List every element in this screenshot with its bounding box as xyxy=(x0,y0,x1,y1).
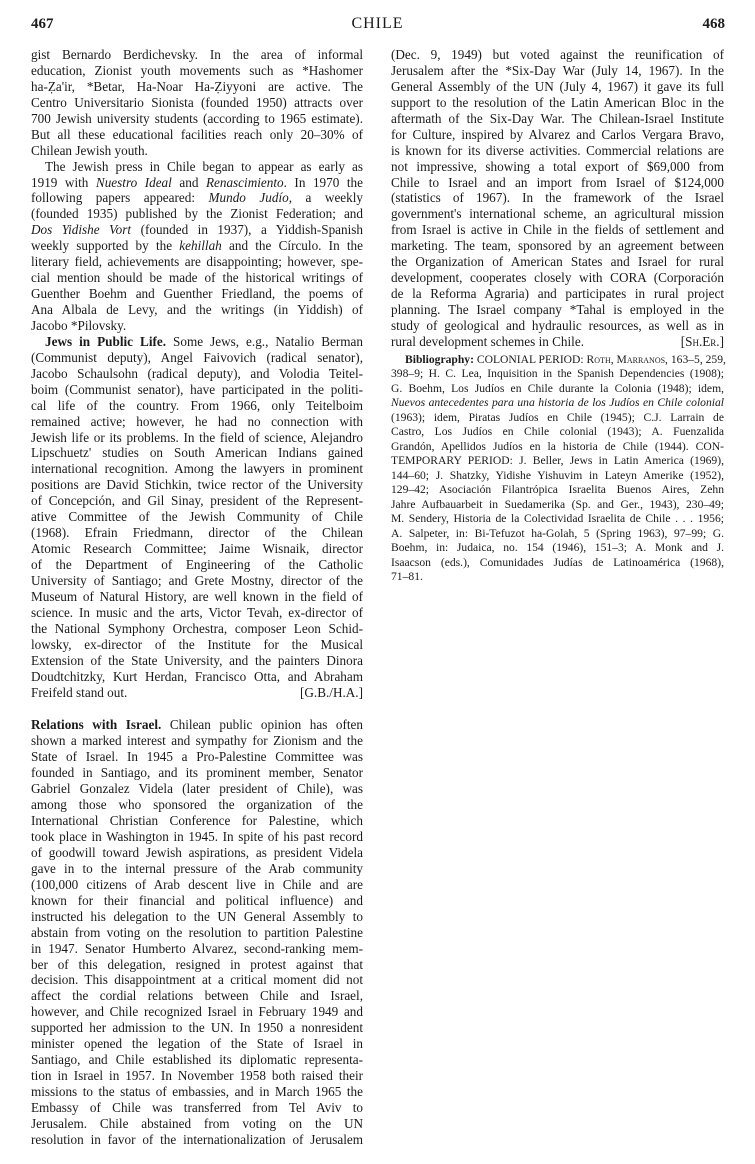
text-line: the National Symphony Orchestra, compose… xyxy=(31,621,363,637)
text-line: marketing. The team, sponsored by an agr… xyxy=(391,238,724,254)
author-signature: [Sh.Er.] xyxy=(681,334,724,350)
text-line: gave in to the internal pressure of the … xyxy=(31,861,363,877)
text-line: (100,000 citizens of Arab descent live i… xyxy=(31,877,363,893)
text-line: Centro Universitario Sionista (founded 1… xyxy=(31,95,363,111)
text-line: (Communist deputy), Angel Faivovich (rad… xyxy=(31,350,363,366)
text-line: University of Santiago; and Grete Mostny… xyxy=(31,573,363,589)
text-line: in 1947. Senator Humberto Alvarez, secon… xyxy=(31,941,363,957)
text-line: cial mention should be made of the histo… xyxy=(31,270,363,286)
text-line: Dos Yidishe Vort (founded in 1937), a Yi… xyxy=(31,222,363,238)
text-line-with-signature: rural development schemes in Chile. [Sh.… xyxy=(391,334,724,350)
text-line: international recognition. Among the law… xyxy=(31,461,363,477)
bib-line: M. Sendery, Historia de la Colectividad … xyxy=(391,512,724,527)
bib-line: Isaacson (eds.), Comunidades Judías de L… xyxy=(391,556,724,571)
text-line: science. In music and the arts, Victor T… xyxy=(31,605,363,621)
text-fragment: Freifeld stand out. xyxy=(31,685,127,701)
text-line: ative Committee of the Jewish Community … xyxy=(31,509,363,525)
text-line: gist Bernardo Berdichevsky. In the area … xyxy=(31,47,363,63)
text-line: Jewish life or its problems. In the fiel… xyxy=(31,430,363,446)
text-line: (1968). Efrain Friedmann, director of th… xyxy=(31,525,363,541)
page-number-right: 468 xyxy=(703,16,726,33)
text-line: Embassy of Chile was transferred from Te… xyxy=(31,1100,363,1116)
text-line-with-signature: Freifeld stand out. [G.B./H.A.] xyxy=(31,685,363,701)
text-line: development, cooperates closely with COR… xyxy=(391,270,724,286)
text-line: Museum of Natural History, are well know… xyxy=(31,589,363,605)
bib-line: 144–60; J. Shatzky, Yidishe Yishuvim in … xyxy=(391,469,724,484)
text-line: remained active; however, he had no conn… xyxy=(31,414,363,430)
bib-text: COLONIAL PERIOD: Roth, Marranos, 163–5, … xyxy=(477,353,726,366)
text-line: affect the cordial relations between Chi… xyxy=(31,988,363,1004)
text-line: minister opened the legation of the Stat… xyxy=(31,1036,363,1052)
text-line: 700 Jewish university students (accordin… xyxy=(31,111,363,127)
text-line: Jerusalem after the *Six-Day War (July 1… xyxy=(391,63,724,79)
text-line: Ana Albala de Levy, and the writings (in… xyxy=(31,302,363,318)
bib-line: Nuevos antecedentes para una historia de… xyxy=(391,396,724,411)
text-line: Santiago, and Chile established its dipl… xyxy=(31,1052,363,1068)
bib-line: 398–9; H. C. Lea, Inquisition in the Spa… xyxy=(391,367,724,382)
text-line: General Assembly of the UN (July 4, 1967… xyxy=(391,79,724,95)
text-line: (statistics of 1967). In the framework o… xyxy=(391,190,724,206)
text-line: Doudtchitzky, Kurt Herdan, Francisco Ott… xyxy=(31,669,363,685)
bib-line: (1963); idem, Piratas Judíos en Chile (1… xyxy=(391,411,724,426)
text-line: abstain from voting on the resolution to… xyxy=(31,925,363,941)
text-line: (founded 1935) published by the Zionist … xyxy=(31,206,363,222)
section-heading-line: Relations with Israel. Chilean public op… xyxy=(31,717,363,733)
text-line: Jacobo *Pilovsky. xyxy=(31,318,363,334)
text-line: the Organization of American States and … xyxy=(391,254,724,270)
bib-line: G. Boehm, Los Judíos en Chile durante la… xyxy=(391,382,724,397)
text-line: study of geological and hydraulic resour… xyxy=(391,318,724,334)
text-line: known for their financial and political … xyxy=(31,893,363,909)
text-line: shown a marked interest and sympathy for… xyxy=(31,733,363,749)
paragraph-public-life: Jews in Public Life. Some Jews, e.g., Na… xyxy=(31,334,363,701)
text-line: of the Department of Engineering of the … xyxy=(31,557,363,573)
text-line: is known for its diverse activities. Com… xyxy=(391,143,724,159)
text-line: of goodwill toward Jewish aspirations, a… xyxy=(31,845,363,861)
text-line: however, and Chile recognized Israel in … xyxy=(31,1004,363,1020)
text-line: Lipschuetz' studies on South American In… xyxy=(31,445,363,461)
text-line: Chilean Jewish youth. xyxy=(31,143,363,159)
text-line: from Israel is active in Chile in the fi… xyxy=(391,222,724,238)
paragraph-press: The Jewish press in Chile began to appea… xyxy=(31,159,363,334)
bibliography-heading-line: Bibliography: COLONIAL PERIOD: Roth, Mar… xyxy=(391,353,724,368)
text-line: State of Israel. In 1945 a Pro-Palestine… xyxy=(31,749,363,765)
text-line: planning. The Israel company *Tahal is e… xyxy=(391,302,724,318)
section-gap xyxy=(31,700,363,717)
bib-line: 71–81. xyxy=(391,570,724,585)
text-line: boim (Communist senator), have participa… xyxy=(31,382,363,398)
bib-line: TEMPORARY PERIOD: J. Beller, Jews in Lat… xyxy=(391,454,724,469)
text-line: Extension of the State University, and t… xyxy=(31,653,363,669)
text-line: Chile to Israel and an import from Israe… xyxy=(391,175,724,191)
text-line: aftermath of the Six-Day War. The Chilea… xyxy=(391,111,724,127)
text-line: Guenther Boehm and Guenther Friedland, t… xyxy=(31,286,363,302)
text-fragment: rural development schemes in Chile. xyxy=(391,334,584,350)
text-line: Jerusalem. Chile abstained from voting o… xyxy=(31,1116,363,1132)
text-line: of Concepción, and Gil Sinay, president … xyxy=(31,493,363,509)
text-line: support to the resolution of the Latin A… xyxy=(391,95,724,111)
text-line: cal life of the country. From 1966, only… xyxy=(31,398,363,414)
text-line: literary field, achievements are disappo… xyxy=(31,254,363,270)
bib-line: Grandón, Apellidos Judíos en la historia… xyxy=(391,440,724,455)
text-line: instructed his delegation to the UN Gene… xyxy=(31,909,363,925)
left-column: gist Bernardo Berdichevsky. In the area … xyxy=(31,47,363,1148)
text-line: lowsky, ex-director of the Institute for… xyxy=(31,637,363,653)
paragraph-relations-israel: Relations with Israel. Chilean public op… xyxy=(31,717,363,1147)
text-line: International Christian Conference for P… xyxy=(31,813,363,829)
section-heading-line: Jews in Public Life. Some Jews, e.g., Na… xyxy=(31,334,363,350)
right-column: (Dec. 9, 1949) but voted against the reu… xyxy=(391,47,724,585)
running-title: CHILE xyxy=(0,15,755,33)
text-line: Atomic Research Committee; Jaime Wisnaik… xyxy=(31,541,363,557)
text-line: (Dec. 9, 1949) but voted against the reu… xyxy=(391,47,724,63)
text-line: not impressive, showing a total export o… xyxy=(391,159,724,175)
text-line: took place in Washington in 1945. In spi… xyxy=(31,829,363,845)
text-line: education, Zionist youth movements such … xyxy=(31,63,363,79)
text-line: tion in Israel in 1957. In November 1958… xyxy=(31,1068,363,1084)
text-line: 1919 with Nuestro Ideal and Renascimient… xyxy=(31,175,363,191)
bib-line: 129–42; Asociación Filantrópica Israelit… xyxy=(391,483,724,498)
text-line: Jacobo Schaulsohn (radical deputy), and … xyxy=(31,366,363,382)
bib-line: Castro, Los Judíos en Chile colonial (19… xyxy=(391,425,724,440)
bib-line: A. Salpeter, in: Bi-Tefuzot ha-Golah, 5 … xyxy=(391,527,724,542)
bib-line: Boehm, in: Judaica, no. 154 (1946), 151–… xyxy=(391,541,724,556)
paragraph-education: gist Bernardo Berdichevsky. In the area … xyxy=(31,47,363,159)
page-header: 467 CHILE 468 xyxy=(0,16,755,38)
text-line: missions to the status of embassies, and… xyxy=(31,1084,363,1100)
text-line: ha-Ẓa'ir, *Betar, Ha-Noar Ha-Ẓiyyoni are… xyxy=(31,79,363,95)
author-signature: [G.B./H.A.] xyxy=(300,685,363,701)
text-line: weekly supported by the kehillah and the… xyxy=(31,238,363,254)
text-line: de la Reforma Agraria) and participates … xyxy=(391,286,724,302)
text-line: positions are David Stichkin, twice rect… xyxy=(31,477,363,493)
text-line: supported her admission to the UN. In 19… xyxy=(31,1020,363,1036)
paragraph-relations-continued: (Dec. 9, 1949) but voted against the reu… xyxy=(391,47,724,350)
text-line: decision. This disappointment at a criti… xyxy=(31,972,363,988)
text-line: following papers appeared: Mundo Judío, … xyxy=(31,190,363,206)
text-line: But all these educational facilities rea… xyxy=(31,127,363,143)
text-line: among those who sponsored the organizati… xyxy=(31,797,363,813)
text-line: ber of this delegation, resigned in prot… xyxy=(31,957,363,973)
text-line: The Jewish press in Chile began to appea… xyxy=(31,159,363,175)
text-line: resolution in favor of the international… xyxy=(31,1132,363,1148)
bibliography-heading: Bibliography: xyxy=(405,353,474,366)
bib-line: Jahre Aufbauarbeit in Suedamerika (Sp. a… xyxy=(391,498,724,513)
text-line: founded in Santiago, and its prominent m… xyxy=(31,765,363,781)
text-line: government's international scheme, an ag… xyxy=(391,206,724,222)
bibliography: Bibliography: COLONIAL PERIOD: Roth, Mar… xyxy=(391,353,724,585)
text-line: Gabriel Gonzalez Videla (later president… xyxy=(31,781,363,797)
text-line: for Culture, inspired by Alvarez and Car… xyxy=(391,127,724,143)
